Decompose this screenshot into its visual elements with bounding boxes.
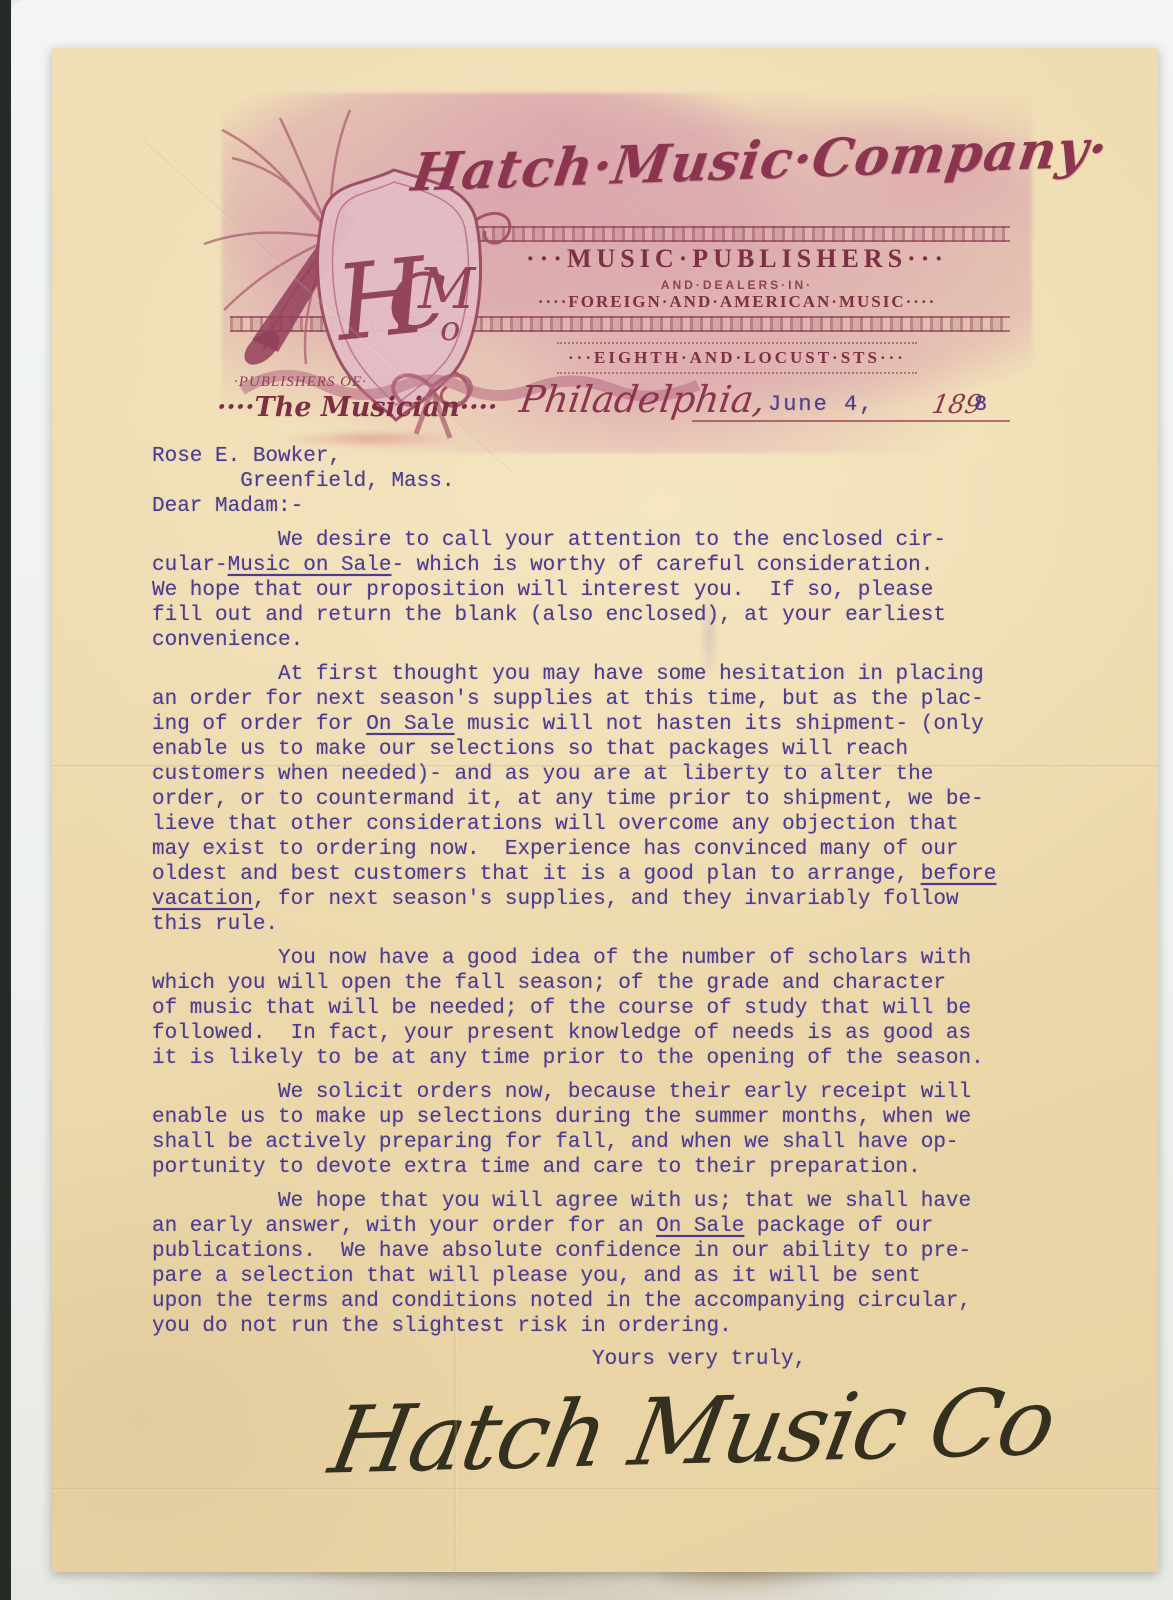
letter-body: Rose E. Bowker, Greenfield, Mass. Dear M… bbox=[152, 444, 1102, 1339]
letter-paragraph: We solicit orders now, because their ear… bbox=[152, 1080, 1102, 1180]
typed-line: We solicit orders now, because their ear… bbox=[152, 1080, 1102, 1105]
typed-year-digit: 8 bbox=[974, 392, 987, 417]
recipient-city-line: Greenfield, Mass. bbox=[152, 469, 1102, 494]
typed-line: you do not run the slightest risk in ord… bbox=[152, 1314, 1102, 1339]
typed-line: of music that will be needed; of the cou… bbox=[152, 996, 1102, 1021]
closing-line: Yours very truly, bbox=[592, 1348, 806, 1371]
typed-line: an early answer, with your order for an … bbox=[152, 1214, 1102, 1239]
salutation-line: Dear Madam:- bbox=[152, 494, 1102, 519]
typed-line: pare a selection that will please you, a… bbox=[152, 1264, 1102, 1289]
foreign-music-line: ····FOREIGN·AND·AMERICAN·MUSIC···· bbox=[482, 292, 992, 312]
typed-line: You now have a good idea of the number o… bbox=[152, 946, 1102, 971]
publication-name: ····The Musician···· bbox=[217, 392, 497, 423]
typed-line: order, or to countermand it, at any time… bbox=[152, 787, 1102, 812]
signature-script: Hatch Music Co bbox=[322, 1368, 1062, 1494]
letter-paper: H C M o Hatch·Music·Company· ···MUSIC·PU… bbox=[52, 48, 1158, 1572]
typed-line: We hope that you will agree with us; tha… bbox=[152, 1189, 1102, 1214]
monogram-letter-o: o bbox=[440, 309, 460, 349]
typed-line: portunity to devote extra time and care … bbox=[152, 1155, 1102, 1180]
paragraphs-container: We desire to call your attention to the … bbox=[152, 528, 1102, 1339]
publishers-of-label: ·PUBLISHERS OF· bbox=[234, 374, 367, 391]
typed-line: vacation, for next season's supplies, an… bbox=[152, 887, 1102, 912]
typed-line: lieve that other considerations will ove… bbox=[152, 812, 1102, 837]
music-publishers-line: ···MUSIC·PUBLISHERS··· bbox=[482, 244, 992, 274]
typed-line: it is likely to be at any time prior to … bbox=[152, 1046, 1102, 1071]
typed-line: We hope that our proposition will intere… bbox=[152, 578, 1102, 603]
typed-line: may exist to ordering now. Experience ha… bbox=[152, 837, 1102, 862]
typed-line: oldest and best customers that it is a g… bbox=[152, 862, 1102, 887]
typed-line: enable us to make up selections during t… bbox=[152, 1105, 1102, 1130]
typed-line: an order for next season's supplies at t… bbox=[152, 687, 1102, 712]
typed-line: ing of order for On Sale music will not … bbox=[152, 712, 1102, 737]
street-address-line: ···EIGHTH·AND·LOCUST·STS··· bbox=[557, 342, 917, 374]
typed-line: cular-Music on Sale- which is worthy of … bbox=[152, 553, 1102, 578]
typed-line: We desire to call your attention to the … bbox=[152, 528, 1102, 553]
typed-line: this rule. bbox=[152, 912, 1102, 937]
typed-line: At first thought you may have some hesit… bbox=[152, 662, 1102, 687]
letter-paragraph: You now have a good idea of the number o… bbox=[152, 946, 1102, 1071]
typed-line: followed. In fact, your present knowledg… bbox=[152, 1021, 1102, 1046]
scan-edge-left bbox=[0, 0, 11, 1600]
typed-line: shall be actively preparing for fall, an… bbox=[152, 1130, 1102, 1155]
letter-paragraph: We hope that you will agree with us; tha… bbox=[152, 1189, 1102, 1339]
typed-line: which you will open the fall season; of … bbox=[152, 971, 1102, 996]
recipient-name-line: Rose E. Bowker, bbox=[152, 444, 1102, 469]
typed-line: convenience. bbox=[152, 628, 1102, 653]
typed-line: fill out and return the blank (also encl… bbox=[152, 603, 1102, 628]
typed-line: publications. We have absolute confidenc… bbox=[152, 1239, 1102, 1264]
typed-line: upon the terms and conditions noted in t… bbox=[152, 1289, 1102, 1314]
dealers-line: AND·DEALERS·IN· bbox=[482, 278, 992, 292]
typed-line: enable us to make our selections so that… bbox=[152, 737, 1102, 762]
typed-line: customers when needed)- and as you are a… bbox=[152, 762, 1102, 787]
typed-date: June 4, bbox=[768, 392, 874, 417]
letter-paragraph: We desire to call your attention to the … bbox=[152, 528, 1102, 653]
fold-crease-horizontal bbox=[52, 1488, 1158, 1491]
letter-paragraph: At first thought you may have some hesit… bbox=[152, 662, 1102, 937]
